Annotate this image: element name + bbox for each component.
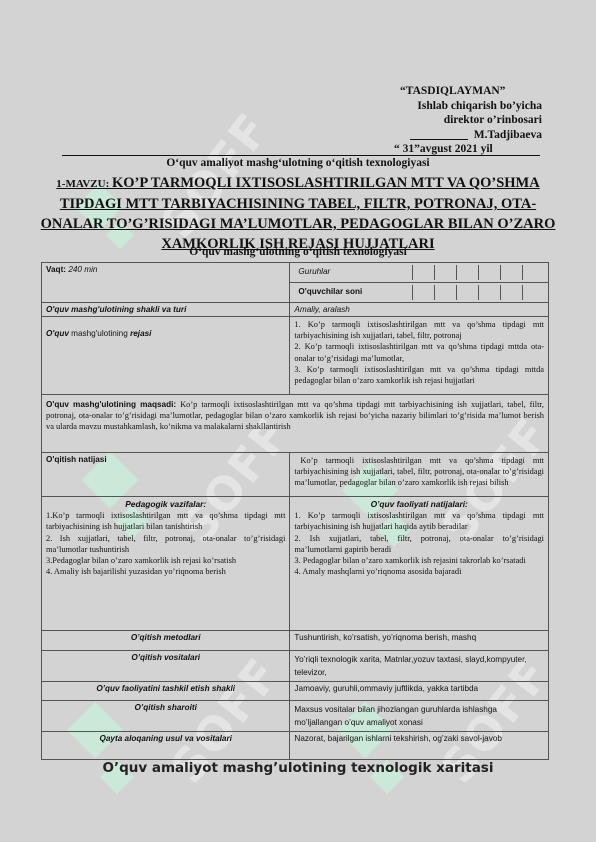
plan-row: O'quv mashg'ulotining rejasi 1. Ko’p tar…	[42, 317, 549, 395]
approval-title: “TASDIQLAYMAN”	[380, 84, 542, 99]
lesson-table: Vaqt: 240 min Guruhlar O'quvchilar soni …	[41, 262, 549, 760]
students-cell: O'quvchilar soni	[290, 283, 549, 303]
methods-row: O’qitish metodlari Tushuntirish, ko’rsat…	[42, 631, 549, 651]
plan-items: 1. Ko’p tarmoqli ixtisoslashtirilgan mtt…	[290, 317, 549, 395]
approval-line1: Ishlab chiqarish bo’yicha	[380, 99, 542, 114]
organization-row: O’quv faoliyatini tashkil etish shakli J…	[42, 682, 549, 701]
plan-label: O'quv mashg'ulotining rejasi	[42, 317, 290, 395]
result-text: Ko’p tarmoqli ixtisoslashtirilgan mtt va…	[290, 453, 549, 497]
subtitle-2: O‘quv mashg‘ulotning o‘qitish texnologiy…	[0, 246, 596, 258]
approval-signature: M.Tadjibaeva	[380, 128, 542, 143]
signature-line	[410, 139, 468, 140]
learning-results: O’quv faoliyati natijalari: 1. Ko’p tarm…	[290, 497, 549, 631]
approval-line2: direktor o’rinbosari	[380, 113, 542, 128]
conditions-row: O’qitish sharoiti Maxsus vositalar bilan…	[42, 701, 549, 732]
approval-block: “TASDIQLAYMAN” Ishlab chiqarish bo’yicha…	[380, 84, 542, 157]
goal-cell: O'quv mashg'ulotining maqsadi: Ko’p tarm…	[42, 395, 549, 453]
document-page: “TASDIQLAYMAN” Ishlab chiqarish bo’yicha…	[0, 0, 596, 842]
footer-title: O’quv amaliyot mashg’ulotining texnologi…	[0, 760, 596, 776]
topic-title: 1-MAVZU: KO’P TARMOQLI IXTISOSLASHTIRILG…	[30, 173, 566, 254]
result-label: O'qitish natijasi	[42, 453, 290, 497]
result-row: O'qitish natijasi Ko’p tarmoqli ixtisosl…	[42, 453, 549, 497]
form-value: Amaliy, aralash	[290, 303, 549, 317]
time-cell: Vaqt: 240 min	[42, 263, 290, 303]
pedagogical-tasks: Pedagogik vazifalar: 1.Ko’p tarmoqli ixt…	[42, 497, 290, 631]
time-row: Vaqt: 240 min Guruhlar	[42, 263, 549, 283]
tasks-row: Pedagogik vazifalar: 1.Ko’p tarmoqli ixt…	[42, 497, 549, 631]
header-divider	[62, 155, 540, 156]
form-label: O'quv mashg'ulotining shakli va turi	[42, 303, 290, 317]
form-row: O'quv mashg'ulotining shakli va turi Ama…	[42, 303, 549, 317]
groups-cell: Guruhlar	[290, 263, 549, 283]
tools-row: O’qitish vositalari Yo’riqli texnologik …	[42, 651, 549, 682]
feedback-row: Qayta aloqaning usul va vositalari Nazor…	[42, 732, 549, 760]
goal-row: O'quv mashg'ulotining maqsadi: Ko’p tarm…	[42, 395, 549, 453]
subtitle-1: O‘quv amaliyot mashg‘ulotning o‘qitish t…	[0, 157, 596, 169]
